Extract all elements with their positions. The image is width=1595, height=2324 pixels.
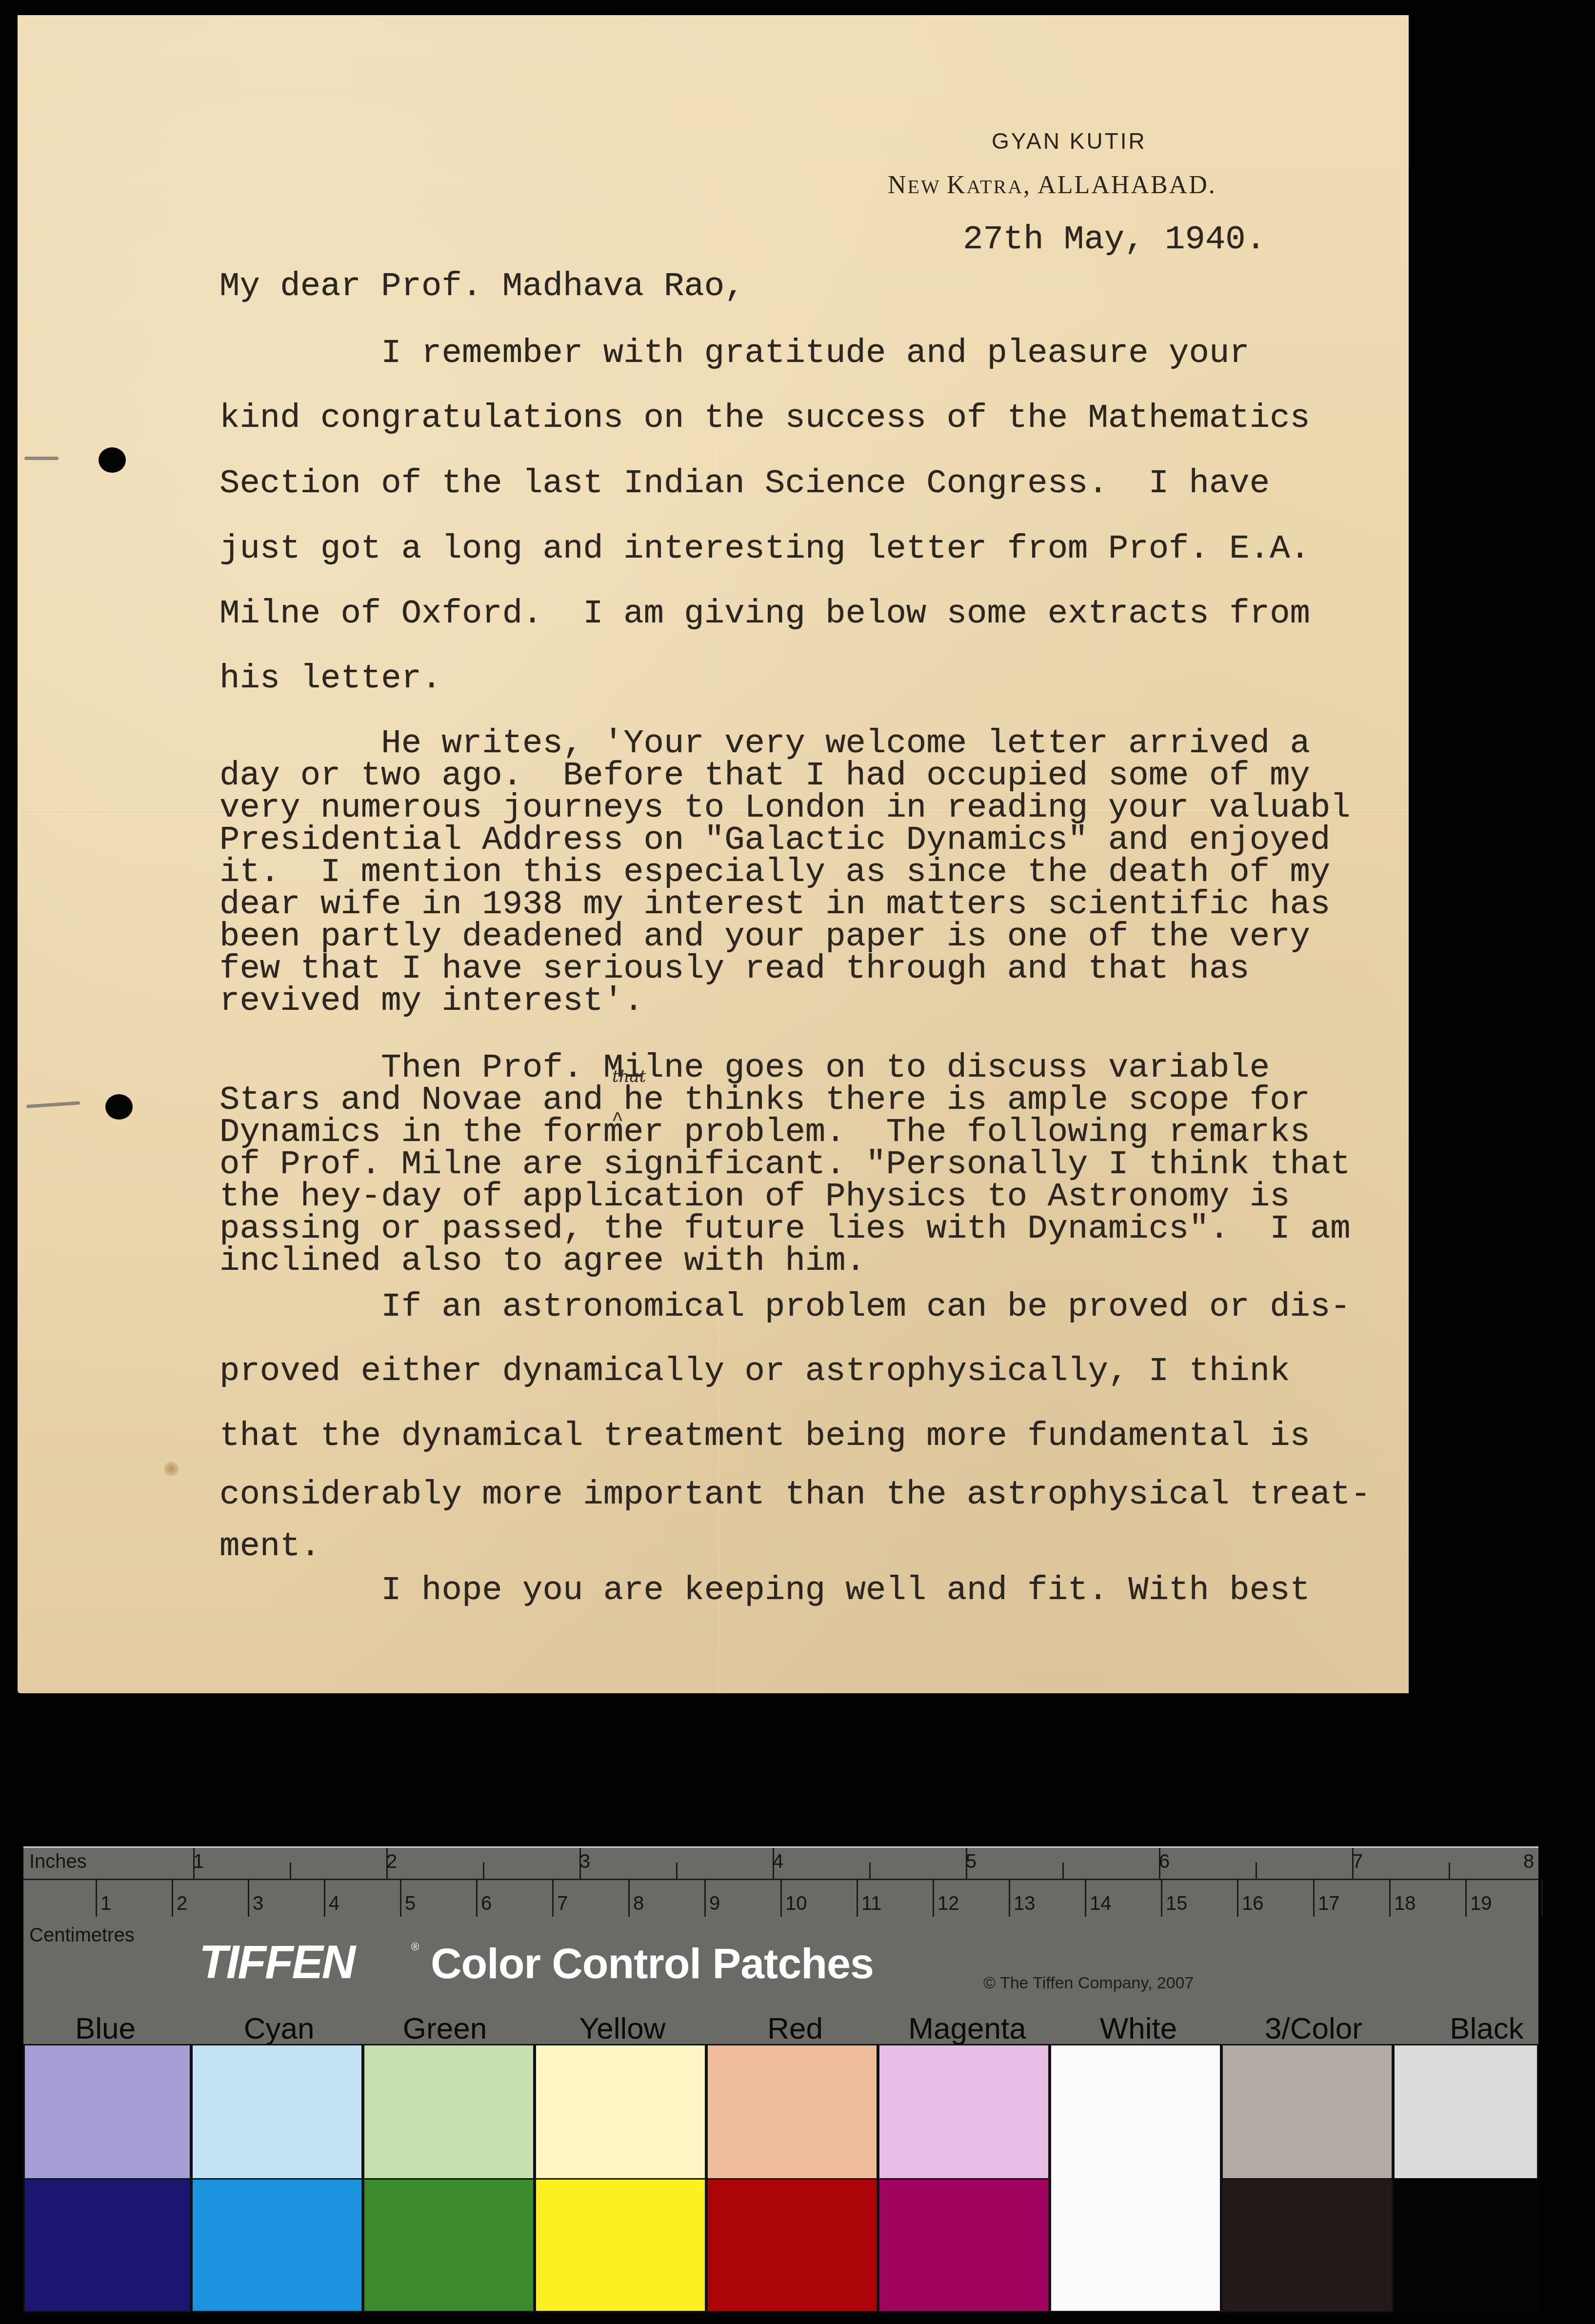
cm-tick (476, 1880, 478, 1917)
patch-label-black: Black (1450, 2011, 1524, 2046)
half-inch-tick (483, 1863, 484, 1879)
patch-magenta-light (878, 2044, 1050, 2180)
color-control-card: Inches Centimetres 1 2 3 4 5 6 7 8 1 2 3… (23, 1846, 1538, 2045)
patch-red-dark (706, 2178, 878, 2312)
inch-number: 4 (773, 1851, 783, 1873)
patch-green-dark (363, 2178, 535, 2312)
cm-tick (552, 1880, 554, 1917)
cm-number: 1 (100, 1893, 111, 1915)
inches-label: Inches (29, 1851, 87, 1873)
patch-label-red: Red (767, 2011, 823, 2046)
half-inch-tick (1256, 1863, 1257, 1879)
body-line: Dynamics in the former problem. The foll… (219, 1116, 1310, 1149)
cm-tick (324, 1880, 325, 1917)
cm-tick (628, 1880, 630, 1917)
cm-tick (933, 1880, 934, 1917)
punch-hole-top (99, 447, 126, 473)
patch-cyan-dark (191, 2178, 363, 2312)
body-line: Section of the last Indian Science Congr… (219, 467, 1270, 501)
copyright-notice: © The Tiffen Company, 2007 (983, 1974, 1194, 1993)
cm-number: 3 (253, 1893, 263, 1915)
inch-number: 8 (1523, 1851, 1534, 1873)
centimetres-label: Centimetres (29, 1924, 135, 1946)
half-inch-tick (869, 1863, 871, 1879)
punch-hole-bottom (105, 1094, 133, 1120)
salutation: My dear Prof. Madhava Rao, (219, 270, 745, 303)
cm-tick (248, 1880, 249, 1917)
body-line: revived my interest'. (219, 984, 644, 1018)
patch-label-green: Green (403, 2011, 487, 2046)
cm-number: 16 (1242, 1893, 1264, 1915)
cm-tick (1541, 1880, 1543, 1917)
cm-tick (1389, 1880, 1391, 1917)
patch-yellow-light (535, 2044, 706, 2180)
body-line: it. I mention this especially as since t… (219, 856, 1330, 889)
patch-label-blue: Blue (75, 2011, 136, 2046)
inch-number: 7 (1352, 1851, 1363, 1873)
inch-number: 1 (193, 1851, 204, 1873)
patch-label-3color: 3/Color (1265, 2011, 1362, 2046)
patch-green-light (363, 2044, 535, 2180)
patch-3color-dark (1221, 2178, 1393, 2312)
body-line: very numerous journeys to London in read… (219, 791, 1351, 825)
color-patches (23, 2044, 1538, 2312)
tiffen-logo: TIFFEN (199, 1936, 354, 1989)
cm-tick (96, 1880, 97, 1917)
body-line: I hope you are keeping well and fit. Wit… (219, 1574, 1310, 1607)
cm-tick (1085, 1880, 1086, 1917)
cm-number: 7 (557, 1893, 568, 1915)
body-line: that the dynamical treatment being more … (219, 1420, 1310, 1453)
body-line: Then Prof. Milne goes on to discuss vari… (219, 1051, 1270, 1085)
patch-red-light (706, 2044, 878, 2180)
body-line: been partly deadened and your paper is o… (219, 920, 1310, 954)
patch-label-magenta: Magenta (908, 2011, 1026, 2046)
patch-white (1050, 2044, 1221, 2312)
cm-tick (1009, 1880, 1010, 1917)
inch-number: 3 (579, 1851, 590, 1873)
letterhead-name: GYAN KUTIR (992, 128, 1147, 154)
cm-number: 10 (785, 1893, 807, 1915)
cm-number: 5 (405, 1893, 416, 1915)
cm-number: 13 (1014, 1893, 1036, 1915)
cm-number: 2 (177, 1893, 187, 1915)
body-line: inclined also to agree with him. (219, 1244, 866, 1278)
cm-number: 19 (1470, 1893, 1492, 1915)
patch-label-white: White (1100, 2011, 1177, 2046)
cm-number: 11 (861, 1893, 882, 1915)
cm-tick (857, 1880, 858, 1917)
cm-number: 4 (329, 1893, 339, 1915)
body-line: He writes, 'Your very welcome letter arr… (219, 727, 1310, 761)
body-line: few that I have seriously read through a… (219, 952, 1250, 986)
cm-number: 12 (937, 1893, 959, 1915)
inch-number: 2 (386, 1851, 397, 1873)
cm-number: 18 (1394, 1893, 1416, 1915)
cm-number: 17 (1318, 1893, 1340, 1915)
body-line: ment. (219, 1530, 320, 1563)
cm-tick (1465, 1880, 1467, 1917)
body-line: Presidential Address on "Galactic Dynami… (219, 823, 1330, 857)
stain-spot (164, 1462, 179, 1476)
body-line: I remember with gratitude and pleasure y… (219, 337, 1250, 370)
half-inch-tick (290, 1863, 291, 1879)
pencil-mark-top (24, 457, 59, 460)
body-line: his letter. (219, 662, 441, 696)
cm-tick (1237, 1880, 1238, 1917)
body-line: the hey-day of application of Physics to… (219, 1180, 1290, 1214)
body-line: just got a long and interesting letter f… (219, 532, 1310, 566)
inch-number: 5 (966, 1851, 977, 1873)
cm-number: 14 (1090, 1893, 1112, 1915)
letter-date: 27th May, 1940. (963, 223, 1266, 257)
cm-tick (400, 1880, 401, 1917)
body-line: of Prof. Milne are significant. "Persona… (219, 1148, 1351, 1182)
cm-number: 6 (481, 1893, 492, 1915)
letterhead-address: NEW KATRA, ALLAHABAD. (888, 171, 1216, 200)
patch-yellow-dark (535, 2178, 706, 2312)
pencil-mark-bottom (26, 1101, 80, 1108)
handwritten-insertion: that (612, 1068, 646, 1085)
body-line: dear wife in 1938 my interest in matters… (219, 888, 1330, 922)
registered-mark: ® (411, 1941, 419, 1953)
patch-blue-dark (23, 2178, 191, 2312)
patch-black-dark (1393, 2178, 1538, 2312)
body-line: passing or passed, the future lies with … (219, 1212, 1351, 1246)
cm-tick (780, 1880, 782, 1917)
body-line: Milne of Oxford. I am giving below some … (219, 597, 1310, 631)
cm-tick (1313, 1880, 1315, 1917)
patch-3color-light (1221, 2044, 1393, 2180)
patch-blue-light (23, 2044, 191, 2180)
cm-tick (704, 1880, 706, 1917)
cm-number: 9 (709, 1893, 720, 1915)
cm-tick (172, 1880, 173, 1917)
patch-cyan-light (191, 2044, 363, 2180)
cm-number: 15 (1166, 1893, 1188, 1915)
card-title: Color Control Patches (431, 1939, 874, 1988)
half-inch-tick (1449, 1863, 1450, 1879)
inch-number: 6 (1159, 1851, 1170, 1873)
half-inch-tick (1062, 1863, 1064, 1879)
cm-number: 8 (633, 1893, 644, 1915)
patch-label-yellow: Yellow (579, 2011, 666, 2046)
body-line: If an astronomical problem can be proved… (219, 1290, 1351, 1324)
cm-tick (1161, 1880, 1162, 1917)
patch-black-light (1393, 2044, 1538, 2180)
body-line: Stars and Novae and he thinks there is a… (219, 1083, 1310, 1117)
body-line: kind congratulations on the success of t… (219, 401, 1310, 435)
patch-label-cyan: Cyan (244, 2011, 315, 2046)
body-line: proved either dynamically or astrophysic… (219, 1355, 1290, 1388)
body-line: day or two ago. Before that I had occupi… (219, 759, 1310, 793)
patch-magenta-dark (878, 2178, 1050, 2312)
body-line: considerably more important than the ast… (219, 1478, 1371, 1512)
half-inch-tick (676, 1863, 678, 1879)
